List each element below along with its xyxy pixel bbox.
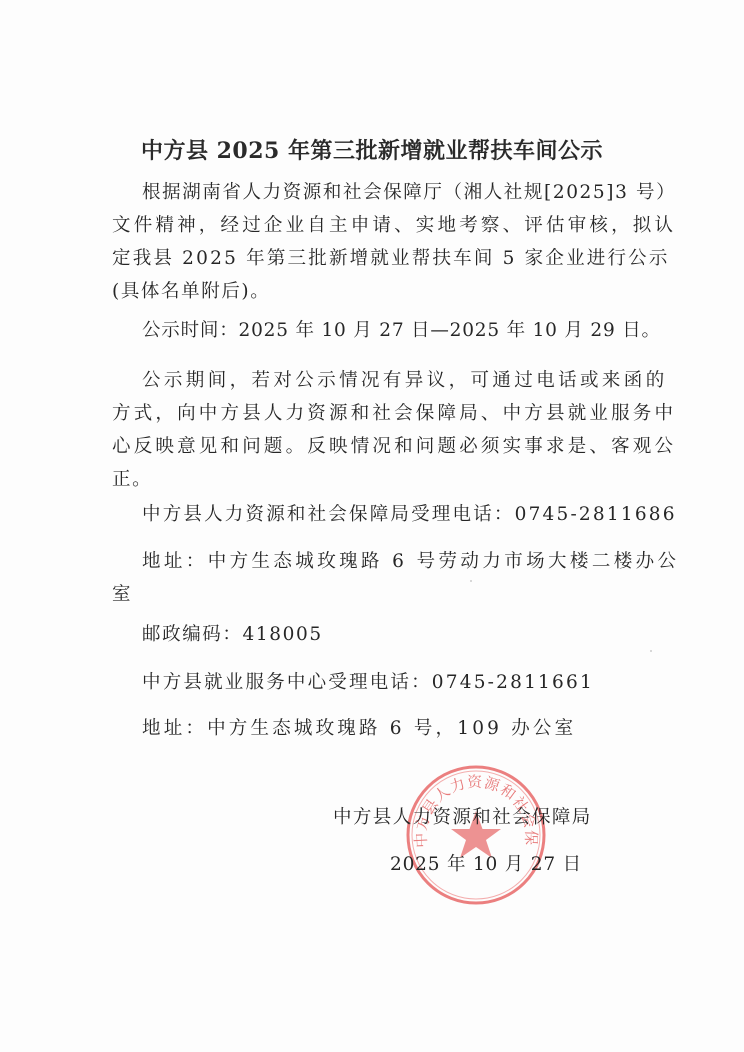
paragraph-1-line-4: (具体名单附后)。 — [112, 277, 270, 303]
paragraph-1-line-1: 根据湖南省人力资源和社会保障厅（湘人社规[2025]3 号） — [142, 178, 676, 204]
paragraph-1-line-2: 文件精神，经过企业自主申请、实地考察、评估审核，拟认 — [112, 211, 676, 237]
paragraph-3-line-3: 心反映意见和问题。反映情况和问题必须实事求是、客观公 — [112, 432, 676, 458]
paragraph-3-line-1: 公示期间，若对公示情况有异议，可通过电话或来函的 — [142, 366, 668, 392]
paragraph-1-line-3: 定我县 2025 年第三批新增就业帮扶车间 5 家企业进行公示 — [112, 244, 670, 270]
document-title: 中方县 2025 年第三批新增就业帮扶车间公示 — [0, 134, 744, 165]
official-seal-icon: 中方县人力资源和社会保障局 — [404, 763, 548, 907]
hrss-phone: 中方县人力资源和社会保障局受理电话：0745-2811686 — [142, 500, 677, 526]
paragraph-3-line-2: 方式，向中方县人力资源和社会保障局、中方县就业服务中 — [112, 399, 676, 425]
hrss-address-line-2: 室 — [112, 580, 132, 606]
hrss-address-line-1: 地址：中方生态城玫瑰路 6 号劳动力市场大楼二楼办公 — [142, 547, 679, 573]
employment-center-address: 地址：中方生态城玫瑰路 6 号，109 办公室 — [142, 714, 576, 740]
paragraph-3-line-4: 正。 — [112, 465, 152, 491]
signature-date: 2025 年 10 月 27 日 — [390, 850, 582, 876]
document-page: 中方县 2025 年第三批新增就业帮扶车间公示 根据湖南省人力资源和社会保障厅（… — [0, 0, 744, 1052]
postal-code: 邮政编码：418005 — [142, 620, 323, 646]
signature-organization: 中方县人力资源和社会保障局 — [333, 803, 592, 829]
publicity-period: 公示时间：2025 年 10 月 27 日—2025 年 10 月 29 日。 — [142, 316, 661, 342]
scan-speck — [650, 650, 652, 652]
employment-center-phone: 中方县就业服务中心受理电话：0745-2811661 — [142, 668, 594, 694]
scan-speck — [470, 580, 472, 582]
